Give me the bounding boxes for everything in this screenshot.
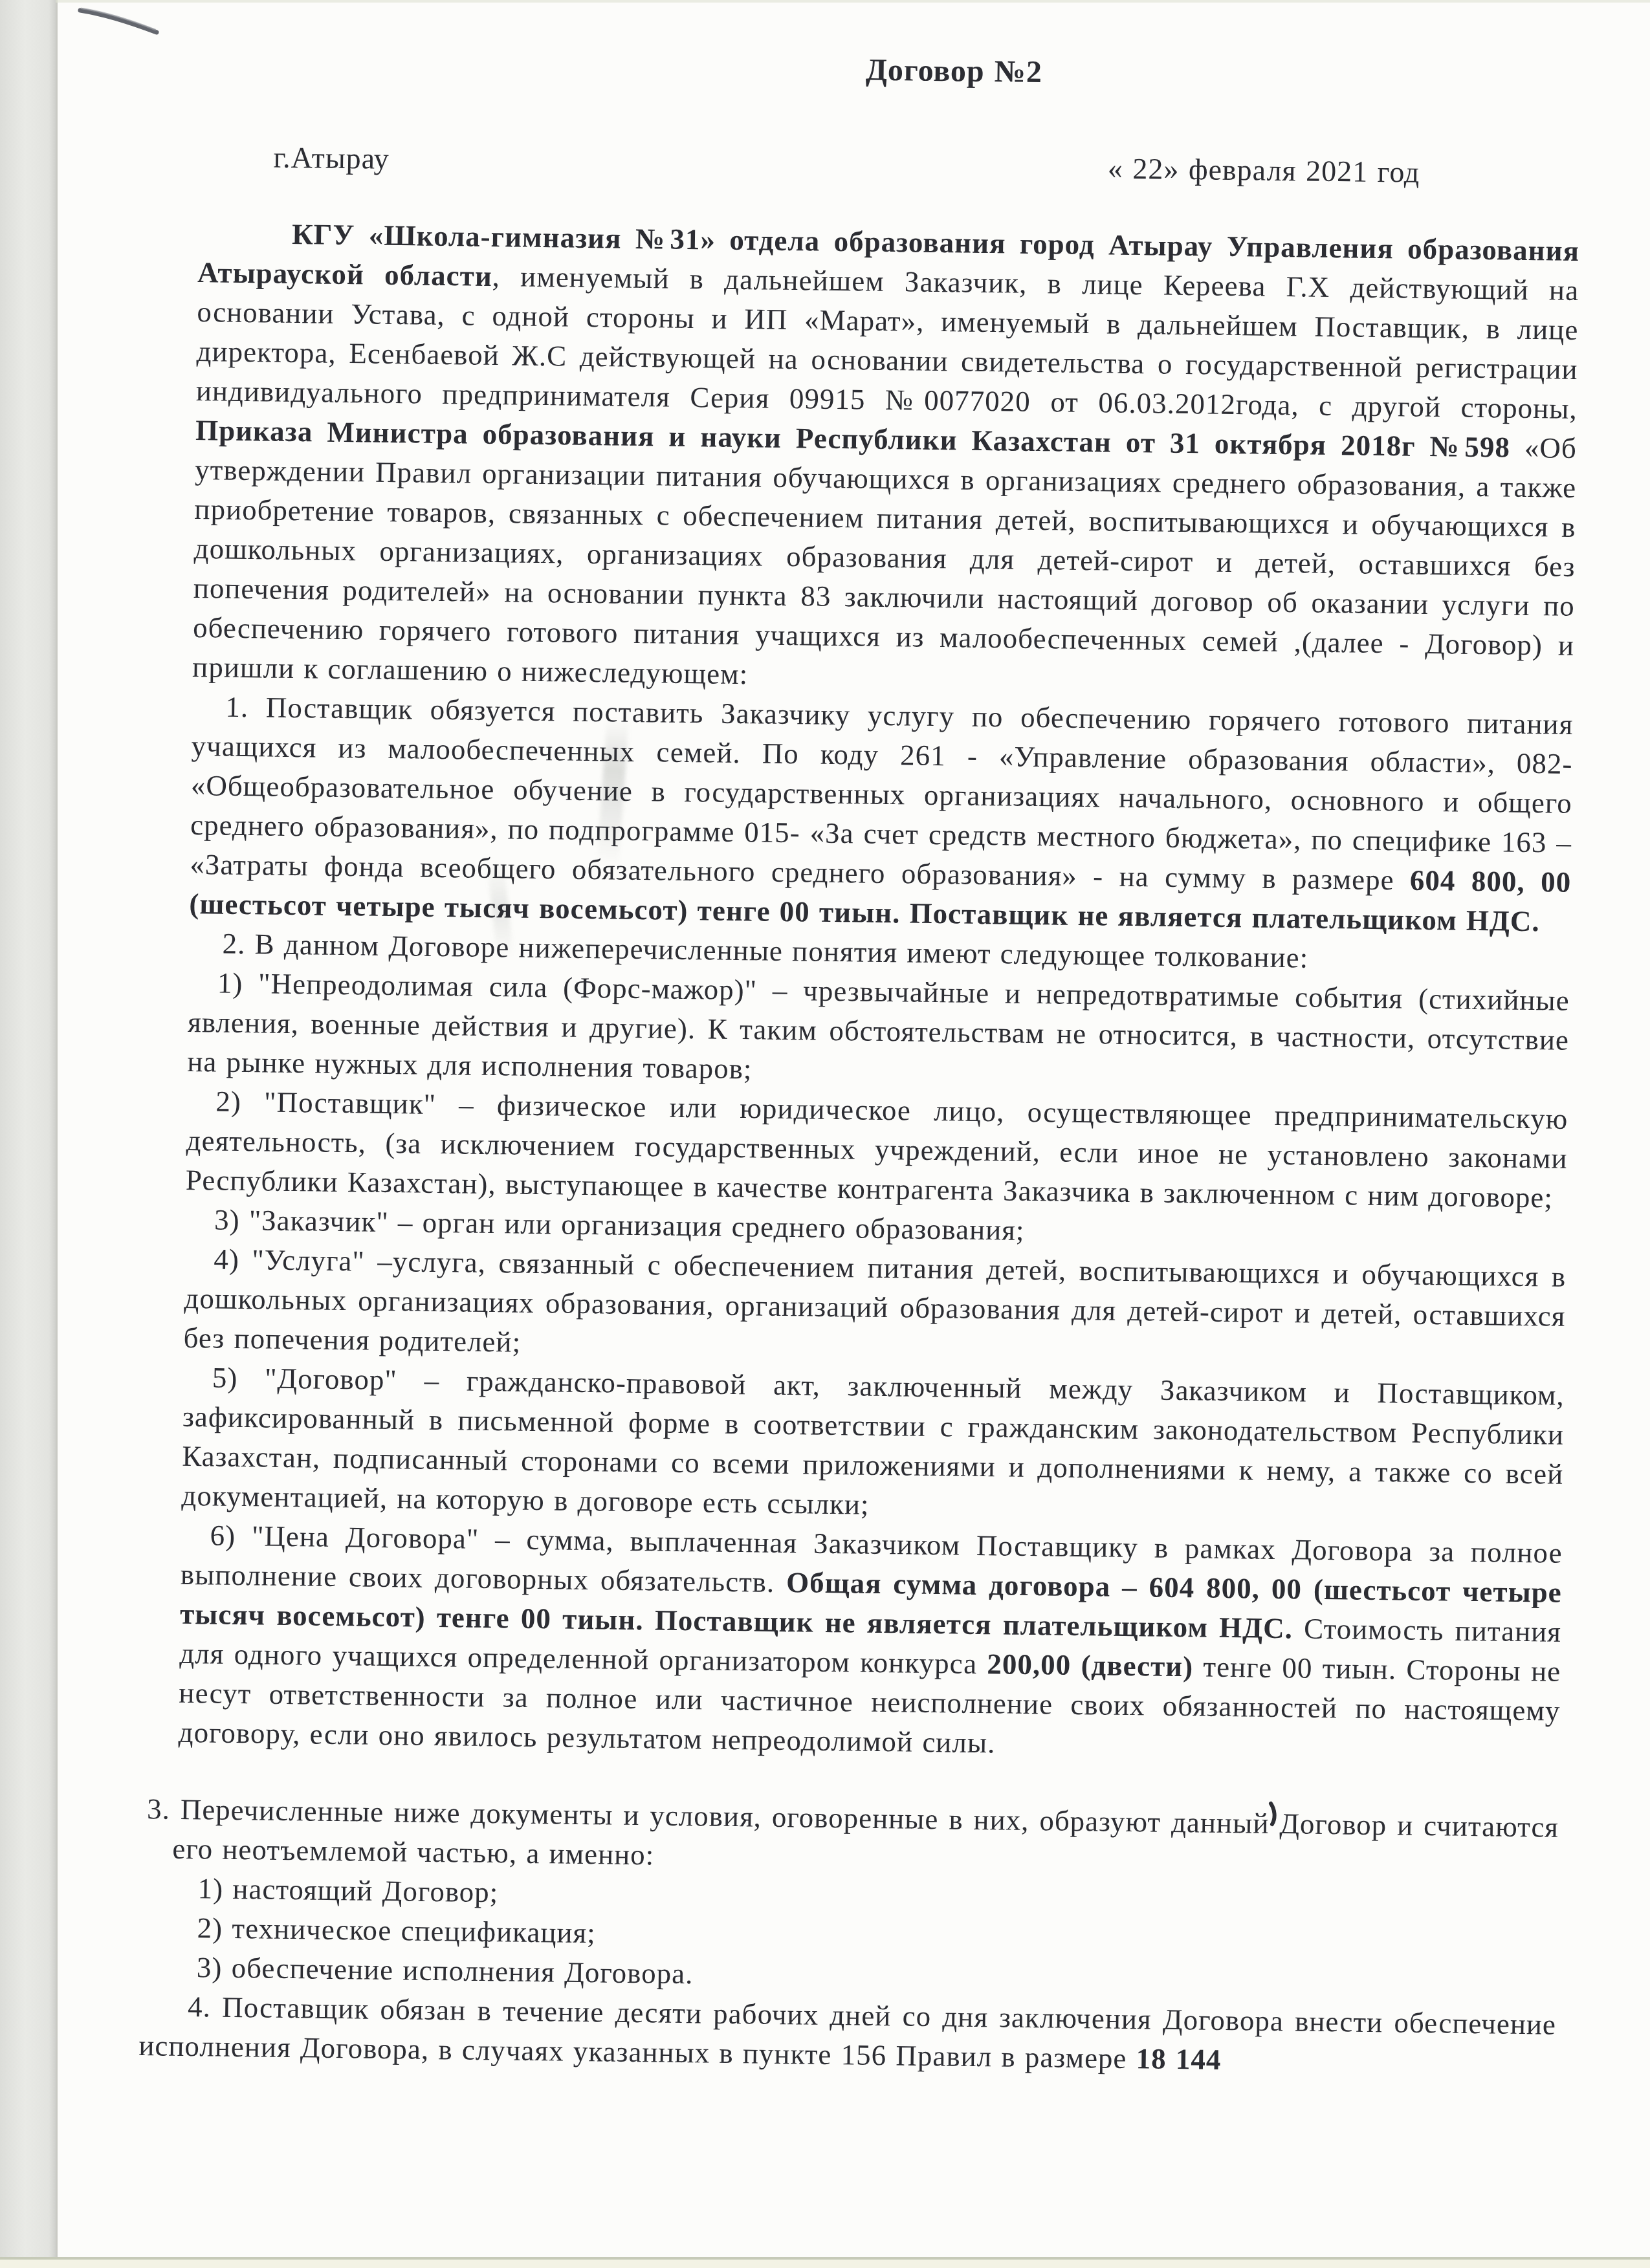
document-place: г.Атырау <box>273 138 390 179</box>
staple-mark-icon <box>75 3 166 44</box>
document-date: « 22» февраля 2021 год <box>1107 148 1420 191</box>
scanner-edge-left <box>0 0 58 2268</box>
definition-service: 4) "Услуга" –услуга, связанный с обеспеч… <box>183 1239 1566 1376</box>
paragraph-clause-1: 1. Поставщик обязуется поставить Заказчи… <box>189 687 1574 942</box>
document-title: Договор №2 <box>164 41 1582 99</box>
scanner-edge-bottom <box>0 2257 1650 2268</box>
paragraph-preamble: КГУ «Школа-гимназия №31» отдела образова… <box>192 213 1579 705</box>
definition-force-majeure: 1) "Непреодолимая сила (Форс-мажор)" – ч… <box>187 963 1570 1100</box>
definition-contract-price: 6) "Цена Договора" – сумма, выплаченная … <box>178 1516 1563 1771</box>
document-content: Договор №2 г.Атырау « 22» февраля 2021 г… <box>138 41 1582 2084</box>
scanned-page: Договор №2 г.Атырау « 22» февраля 2021 г… <box>0 0 1650 2268</box>
definition-supplier: 2) "Поставщик" – физическое или юридичес… <box>186 1082 1568 1218</box>
document-header-row: г.Атырау « 22» февраля 2021 год <box>163 136 1581 194</box>
document-body: КГУ «Школа-гимназия №31» отдела образова… <box>138 213 1579 2084</box>
scanner-edge-top <box>56 0 1650 3</box>
definition-contract: 5) "Договор" – гражданско-правовой акт, … <box>181 1358 1565 1534</box>
pen-mark-icon <box>1260 1798 1286 1831</box>
